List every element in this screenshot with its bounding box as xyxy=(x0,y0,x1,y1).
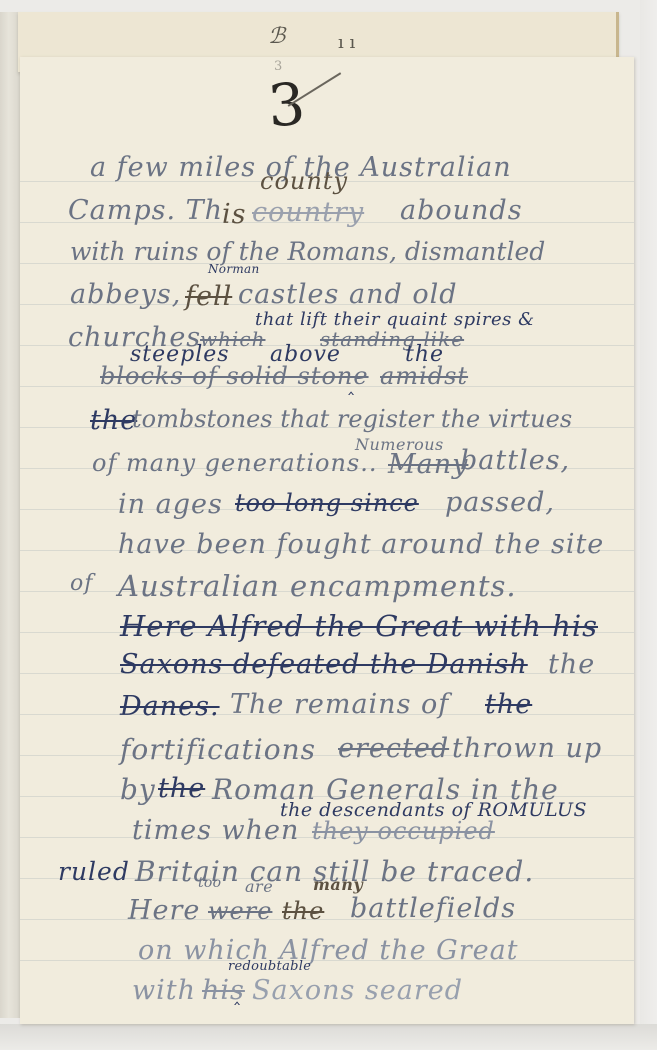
backdrop-shadow xyxy=(0,1024,657,1050)
line-2-correction: county xyxy=(260,167,348,195)
line-19-start: Here xyxy=(128,895,200,926)
back-page-tick-marks: ı ı xyxy=(338,32,355,53)
line-16-struck: the xyxy=(158,773,205,804)
line-6-struck-1: blocks of solid stone xyxy=(100,362,369,390)
line-8-start: of many generations.. xyxy=(92,449,377,477)
line-8-end: battles, xyxy=(460,445,570,476)
line-14-struck-end: the xyxy=(485,689,532,720)
line-3: with ruins of the Romans, dismantled xyxy=(70,237,545,266)
backdrop xyxy=(640,0,657,1050)
insertion-caret: ‸ xyxy=(348,375,354,396)
line-11: Australian encampments. xyxy=(118,569,517,603)
line-2-start: Camps. Th xyxy=(68,195,223,226)
line-12-struck: Here Alfred the Great with his xyxy=(120,609,598,643)
line-20: on which Alfred the Great xyxy=(138,935,519,966)
line-4-struck: fell xyxy=(185,281,232,312)
line-14-middle: The remains of xyxy=(230,689,449,720)
line-19-insert-are: are xyxy=(245,877,273,896)
line-4-insert: Norman xyxy=(208,262,260,276)
line-11-margin-note: of xyxy=(70,571,93,596)
back-page-mark: ℬ xyxy=(268,24,285,49)
line-19-end: battlefields xyxy=(350,893,516,924)
line-2-end: abounds xyxy=(400,195,523,226)
line-19-struck-were: were xyxy=(208,897,272,925)
line-15-struck: erected xyxy=(338,733,449,764)
line-17-struck: they occupied xyxy=(312,817,495,845)
line-13-struck: Saxons defeated the Danish xyxy=(120,649,528,680)
line-9-end: passed, xyxy=(445,487,555,518)
line-6-struck-2: amidst xyxy=(380,362,468,390)
line-8-struck: Many xyxy=(388,449,468,480)
line-19-insert-too: too xyxy=(198,875,221,891)
line-4-start: abbeys, xyxy=(70,279,181,310)
line-19-struck-the: the xyxy=(282,897,324,925)
ruled-line xyxy=(20,919,634,920)
manuscript-page: 3 3 a few miles of the Australian Camps.… xyxy=(20,57,634,1024)
line-17-start: times when xyxy=(132,815,299,846)
line-21-start: with xyxy=(132,975,196,1006)
line-9-start: in ages xyxy=(118,489,223,520)
line-15-start: fortifications xyxy=(120,733,316,766)
line-14-struck: Danes. xyxy=(120,691,220,722)
page-number: 3 xyxy=(266,70,308,140)
line-16-start: by xyxy=(120,773,156,806)
insertion-caret: ‸ xyxy=(234,985,240,1006)
line-2-struck: country xyxy=(252,197,364,228)
line-7-end: tombstones that register the virtues xyxy=(132,405,572,433)
line-7-struck: the xyxy=(90,405,137,436)
line-19-insert-many: many xyxy=(313,875,363,894)
line-10: have been fought around the site xyxy=(118,529,604,560)
line-2-insert: is xyxy=(222,199,247,230)
line-21-end: Saxons seared xyxy=(252,975,463,1006)
line-4-end: castles and old xyxy=(238,279,458,310)
line-21-insert: redoubtable xyxy=(228,959,311,974)
line-13-end: the xyxy=(548,649,595,680)
line-18-margin-note: ruled xyxy=(58,857,130,886)
line-9-struck: too long since xyxy=(235,489,419,517)
line-15-end: thrown up xyxy=(452,733,602,764)
